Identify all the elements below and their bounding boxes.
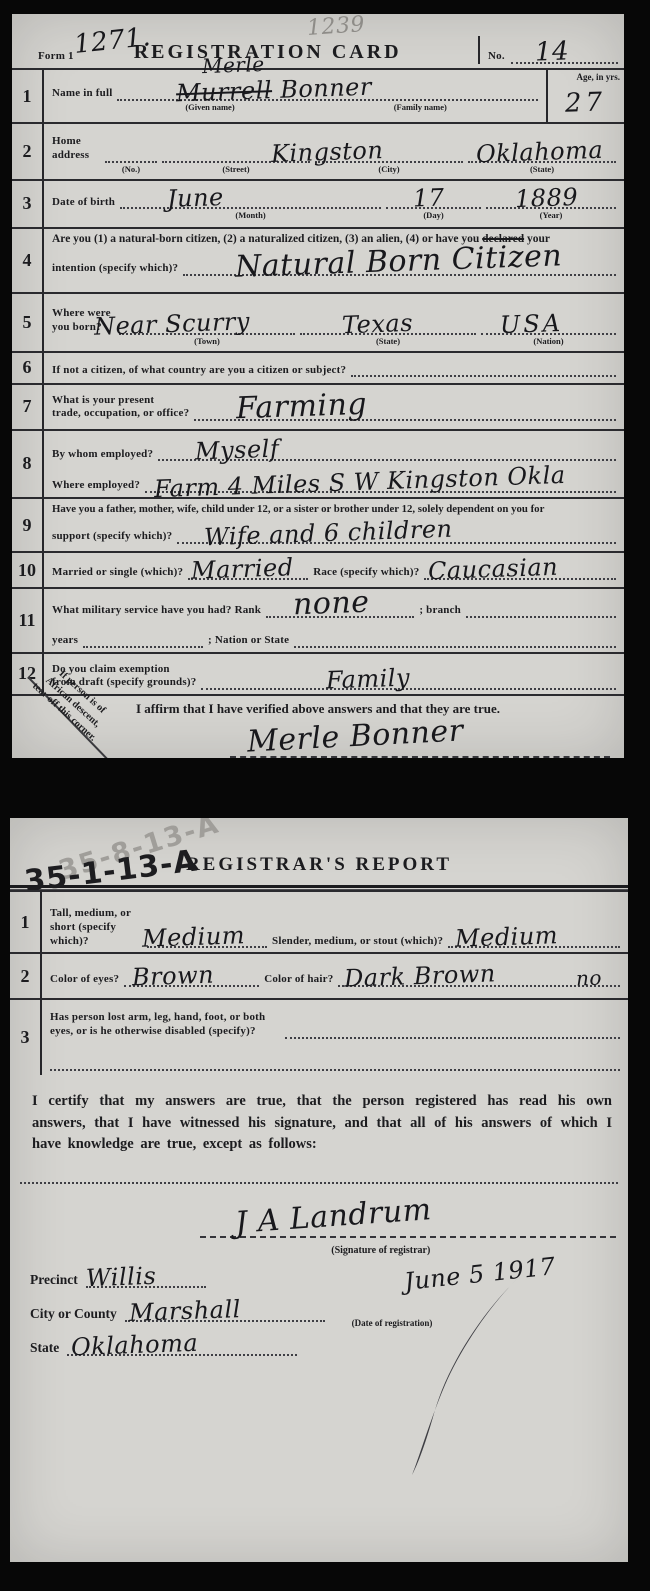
- name-label: Name in full: [52, 87, 112, 101]
- citizenship-blank: Natural Born Citizen: [183, 264, 616, 276]
- row-dependents: 9 Have you a father, mother, wife, child…: [12, 497, 624, 551]
- married-handwritten: Married: [190, 553, 293, 585]
- row-citizenship: 4 Are you (1) a natural-born citizen, (2…: [12, 227, 624, 293]
- years-label: years: [52, 634, 78, 648]
- employer-blank: Myself: [158, 449, 616, 461]
- disability-blank-line2: [50, 1059, 620, 1071]
- dob-month-handwritten: June: [167, 183, 225, 213]
- sub-street: (Street): [222, 164, 249, 174]
- signature-of-registrar-label: (Signature of registrar): [331, 1245, 430, 1256]
- county-label: City or County: [30, 1306, 117, 1322]
- precinct-blank: Willis: [86, 1278, 206, 1288]
- sub-nation: (Nation): [533, 336, 563, 346]
- card1-header: Form 1 1271. 1239 REGISTRATION CARD No. …: [12, 14, 624, 68]
- branch-label: ; branch: [419, 604, 461, 618]
- row-number: 6: [12, 353, 44, 383]
- dob-year-blank: 1889(Year): [486, 197, 616, 209]
- rank-blank: none: [266, 606, 414, 618]
- disability-label-line1: Has person lost arm, leg, hand, foot, or…: [50, 1011, 265, 1023]
- registrar-signature-handwritten: J A Landrum: [234, 1192, 433, 1241]
- dependents-specify-label: support (specify which)?: [52, 530, 172, 544]
- exemption-handwritten: Family: [325, 664, 410, 695]
- rank-handwritten: none: [292, 585, 370, 623]
- card-number-box: No. 14: [478, 36, 624, 64]
- sub-state: (State): [376, 336, 400, 346]
- build-blank: Medium: [448, 936, 620, 948]
- eyes-handwritten: Brown: [132, 961, 215, 992]
- precinct-handwritten: Willis: [85, 1262, 156, 1292]
- eyes-blank: Brown: [124, 975, 259, 987]
- hair-extra-handwritten: no: [576, 966, 603, 991]
- row-married-race: 10 Married or single (which)? Married Ra…: [12, 551, 624, 587]
- sub-month: (Month): [235, 210, 265, 220]
- row-not-citizen: 6 If not a citizen, of what country are …: [12, 351, 624, 383]
- dob-day-handwritten: 17: [412, 184, 445, 213]
- state-handwritten: Oklahoma: [71, 1329, 199, 1361]
- trade-label-line1: What is your present: [52, 394, 154, 406]
- sub-no: (No.): [122, 164, 140, 174]
- registrars-report-card: 35-8-13-A 35-1-13-A REGISTRAR'S REPORT 1…: [10, 818, 628, 1562]
- county-handwritten: Marshall: [128, 1295, 241, 1327]
- name-given-correction: Merle: [201, 52, 264, 78]
- height-label: Tall, medium, or short (specify which)?: [50, 907, 142, 948]
- registrar-certification: I certify that my answers are true, that…: [10, 1075, 628, 1156]
- row-number: 2: [10, 954, 42, 998]
- married-blank: Married: [188, 568, 308, 580]
- row-number: 4: [12, 229, 44, 293]
- nation-or-state-blank: [294, 636, 616, 648]
- military-rank-label: What military service have you had? Rank: [52, 604, 261, 618]
- home-address-label: Home address: [52, 135, 100, 163]
- citizenship-specify-label: intention (specify which)?: [52, 262, 178, 276]
- dependents-blank: Wife and 6 children: [177, 532, 616, 544]
- sub-day: (Day): [423, 210, 443, 220]
- dependents-handwritten: Wife and 6 children: [203, 515, 452, 552]
- born-nation-handwritten: USA: [499, 309, 563, 339]
- dob-year-handwritten: 1889: [514, 183, 578, 213]
- employer-handwritten: Myself: [194, 435, 279, 466]
- not-citizen-blank: [351, 365, 616, 377]
- dependents-question: Have you a father, mother, wife, child u…: [52, 502, 616, 516]
- hair-blank: Dark Brown no: [338, 975, 620, 987]
- row-height-build: 1 Tall, medium, or short (specify which)…: [10, 890, 628, 952]
- race-label: Race (specify which)?: [313, 566, 419, 580]
- row-date-of-birth: 3 Date of birth June(Month) 17(Day) 1889…: [12, 179, 624, 227]
- years-blank: [83, 636, 203, 648]
- employer-label: By whom employed?: [52, 448, 153, 462]
- name-family: Bonner: [280, 72, 373, 103]
- registration-card: Form 1 1271. 1239 REGISTRATION CARD No. …: [12, 14, 624, 758]
- nation-or-state-label: ; Nation or State: [208, 634, 289, 648]
- sub-state: (State): [530, 164, 554, 174]
- pen-flourish-stroke: [390, 1270, 540, 1480]
- address-city-blank: Kingston(City): [315, 151, 463, 163]
- file-stamp-area: 35-8-13-A 35-1-13-A: [16, 826, 356, 896]
- county-blank: Marshall: [125, 1312, 325, 1322]
- dob-label: Date of birth: [52, 196, 115, 210]
- born-town-blank: Near Scurry(Town): [119, 323, 295, 335]
- race-blank: Caucasian: [424, 568, 616, 580]
- eyes-label: Color of eyes?: [50, 973, 119, 987]
- where-employed-label: Where employed?: [52, 479, 140, 493]
- not-citizen-label: If not a citizen, of what country are yo…: [52, 364, 346, 378]
- disability-label: Has person lost arm, leg, hand, foot, or…: [50, 1011, 280, 1039]
- address-no-blank: (No.): [105, 151, 157, 163]
- married-label: Married or single (which)?: [52, 566, 183, 580]
- state-blank: Oklahoma: [67, 1346, 297, 1356]
- pencil-number: 1239: [306, 14, 366, 41]
- race-handwritten: Caucasian: [428, 553, 559, 586]
- born-nation-blank: USA(Nation): [481, 323, 616, 335]
- row-employment: 8 By whom employed? Myself Where employe…: [12, 429, 624, 498]
- height-blank: Medium: [147, 936, 267, 948]
- born-state-blank: Texas(State): [300, 323, 476, 335]
- row-number: 10: [12, 553, 44, 587]
- row-number: 3: [10, 1000, 42, 1075]
- row-military-service: 11 What military service have you had? R…: [12, 587, 624, 652]
- row-home-address: 2 Home address (No.) (Street) Kingston(C…: [12, 122, 624, 179]
- no-label: No.: [488, 50, 505, 64]
- branch-blank: [466, 606, 616, 618]
- scanned-document-page: { "document": { "card1": { "form_label":…: [0, 0, 650, 1591]
- dob-day-blank: 17(Day): [386, 197, 481, 209]
- age-column: Age, in yrs. 27: [546, 70, 624, 122]
- build-label: Slender, medium, or stout (which)?: [272, 935, 443, 949]
- card1-title: REGISTRATION CARD: [134, 41, 402, 64]
- disability-blank: [285, 1027, 620, 1039]
- row-where-born: 5 Where were you born? Near Scurry(Town)…: [12, 292, 624, 351]
- row-number: 7: [12, 385, 44, 429]
- row-number: 3: [12, 181, 44, 227]
- exemption-blank: Family: [201, 678, 616, 690]
- row-number: 8: [12, 431, 44, 498]
- sub-year: (Year): [540, 210, 563, 220]
- address-state-blank: Oklahoma(State): [468, 151, 616, 163]
- trade-label-line2: trade, occupation, or office?: [52, 407, 189, 419]
- trade-blank: Farming: [194, 409, 616, 421]
- row-name: 1 Name in full Murrell Bonner Merle (Giv…: [12, 68, 624, 122]
- row-number: 5: [12, 294, 44, 351]
- age-handwritten: 27: [565, 87, 607, 118]
- row-number: 1: [10, 892, 42, 952]
- disability-label-line2: eyes, or is he otherwise disabled (speci…: [50, 1025, 256, 1037]
- card-number-handwritten: 14: [534, 36, 569, 67]
- where-employed-blank: Farm 4 Miles S W Kingston Okla: [145, 481, 616, 493]
- row-number: 2: [12, 124, 44, 179]
- trade-handwritten: Farming: [236, 387, 368, 427]
- name-blank: Murrell Bonner Merle (Given name) (Famil…: [117, 89, 538, 101]
- form-label: Form 1: [38, 50, 74, 64]
- hair-handwritten: Dark Brown: [344, 959, 497, 992]
- row-disability: 3 Has person lost arm, leg, hand, foot, …: [10, 998, 628, 1075]
- row-eyes-hair: 2 Color of eyes? Brown Color of hair? Da…: [10, 952, 628, 998]
- address-city-handwritten: Kingston: [270, 136, 383, 168]
- sub-town: (Town): [194, 336, 220, 346]
- row-trade: 7 What is your presenttrade, occupation,…: [12, 383, 624, 429]
- born-town-handwritten: Near Scurry: [94, 307, 251, 340]
- trade-label: What is your presenttrade, occupation, o…: [52, 394, 189, 422]
- born-state-handwritten: Texas: [342, 308, 414, 338]
- sub-given-name: (Given name): [185, 102, 234, 112]
- sub-family-name: (Family name): [394, 102, 447, 112]
- precinct-label: Precinct: [30, 1272, 78, 1288]
- row-number: 1: [12, 70, 44, 122]
- age-label: Age, in yrs.: [548, 72, 624, 82]
- row-exemption: 12 Do you claim exemptionfrom draft (spe…: [12, 652, 624, 695]
- height-handwritten: Medium: [142, 921, 246, 953]
- dotted-line: 14: [511, 52, 618, 64]
- build-handwritten: Medium: [455, 921, 559, 953]
- row-number: 9: [12, 499, 44, 551]
- dob-month-blank: June(Month): [120, 197, 381, 209]
- hair-label: Color of hair?: [264, 973, 333, 987]
- state-label: State: [30, 1340, 59, 1356]
- row-number: 11: [12, 589, 44, 652]
- registrant-signature-handwritten: Merle Bonner: [246, 714, 464, 758]
- sub-city: (City): [378, 164, 399, 174]
